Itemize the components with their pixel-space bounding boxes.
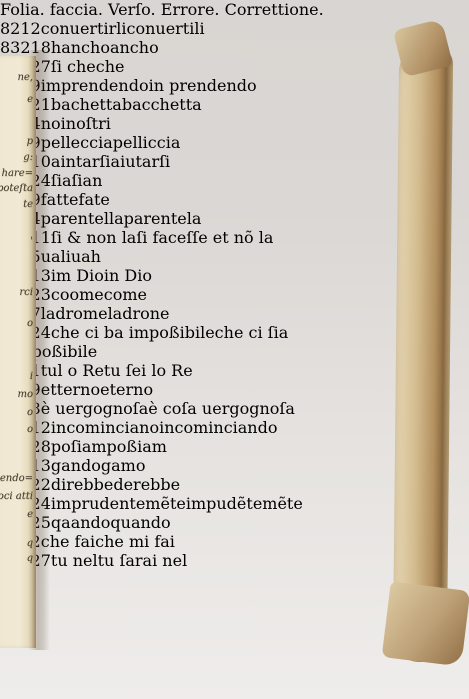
errata-header-row: Folia. faccia. Verſo. Errore. Correttion… bbox=[0, 0, 469, 19]
errata-cell-corr: in prendendo bbox=[149, 76, 257, 95]
errata-cell-errore: aintarſi bbox=[51, 152, 111, 171]
errata-cell-corr: tu ſei lo Re bbox=[104, 361, 193, 380]
vellum-tie bbox=[107, 606, 203, 660]
errata-cell-corr: ancho bbox=[110, 38, 159, 57]
errata-cell-errore: imprendendo bbox=[41, 76, 149, 95]
header-errore: Errore. bbox=[161, 0, 220, 19]
errata-cell-corr: pelliccia bbox=[113, 133, 181, 152]
errata-cell-errore: tu nel bbox=[51, 551, 98, 570]
errata-cell-errore: conuertirli bbox=[41, 19, 127, 38]
errata-cell-errore: poſiam bbox=[51, 437, 107, 456]
errata-cell-corr: ſian bbox=[71, 171, 102, 190]
errata-cell-corr: ladrone bbox=[108, 304, 170, 323]
errata-cell-errore: coome bbox=[51, 285, 104, 304]
header-folio: Folia. bbox=[0, 0, 45, 19]
errata-cell-corr: ſi faceſſe et nõ la bbox=[136, 228, 273, 247]
cover-corner-bottom-right bbox=[382, 581, 469, 666]
errata-cell-corr: che mi fai bbox=[95, 532, 175, 551]
errata-cell-errore: im Dio bbox=[51, 266, 104, 285]
errata-cell-errore: parentella bbox=[41, 209, 124, 228]
errata-cell-errore: qaando bbox=[51, 513, 111, 532]
errata-cell-corr: uah bbox=[71, 247, 101, 266]
errata-cell-errore: tul o Re bbox=[41, 361, 104, 380]
errata-cell-folio: 82 bbox=[0, 19, 20, 38]
errata-cell-corr: eterno bbox=[100, 380, 153, 399]
errata-cell-faccia: 1 bbox=[20, 19, 30, 38]
header-verso: Verſo. bbox=[108, 0, 156, 19]
errata-cell-errore: gando bbox=[51, 456, 101, 475]
errata-cell-folio: 83 bbox=[0, 38, 20, 57]
errata-cell-corr: tu ſarai nel bbox=[98, 551, 188, 570]
errata-cell-errore: incominciano bbox=[51, 418, 159, 437]
errata-cell-corr: aiutarſi bbox=[111, 152, 171, 171]
errata-cell-corr: è coſa uergognoſa bbox=[148, 399, 295, 418]
errata-cell-corr: come bbox=[104, 285, 147, 304]
header-correttione: Correttione. bbox=[225, 0, 324, 19]
errata-cell-corr: fate bbox=[79, 190, 110, 209]
errata-cell-corr: impudẽtemẽte bbox=[186, 494, 303, 513]
errata-cell-errore: bachetta bbox=[51, 95, 122, 114]
errata-cell-errore: ladrome bbox=[41, 304, 108, 323]
errata-cell-corr: che ci ſia bbox=[215, 323, 289, 342]
photo-of-open-book: ne,epg:hare=poteſtate'rcioimooonendo=oci… bbox=[0, 0, 469, 699]
errata-cell-corr: parentela bbox=[124, 209, 202, 228]
errata-cell-corr: conuertili bbox=[126, 19, 204, 38]
errata-cell-errore: hancho bbox=[51, 38, 110, 57]
errata-cell-errore: imprudentemẽte bbox=[51, 494, 186, 513]
errata-cell-corr: noſtri bbox=[66, 114, 111, 133]
book-gutter-shadow bbox=[28, 50, 50, 650]
errata-cell-errore: è uergognoſa bbox=[41, 399, 149, 418]
errata-cell-corr: che bbox=[96, 57, 125, 76]
vellum-cover-edge bbox=[393, 46, 453, 663]
header-faccia: faccia. bbox=[50, 0, 103, 19]
errata-cell-corr: poßiam bbox=[107, 437, 167, 456]
errata-cell-corr: in Dio bbox=[104, 266, 152, 285]
errata-cell-errore: direbbe bbox=[51, 475, 113, 494]
errata-cell-corr: incominciando bbox=[159, 418, 277, 437]
errata-cell-errore: ſi che bbox=[51, 57, 96, 76]
errata-cell-corr: quando bbox=[110, 513, 170, 532]
errata-cell-corr: bacchetta bbox=[122, 95, 202, 114]
errata-cell-errore: pelleccia bbox=[41, 133, 113, 152]
errata-cell-errore: ſia bbox=[51, 171, 72, 190]
errata-cell-corr: gamo bbox=[101, 456, 146, 475]
errata-cell-corr: derebbe bbox=[113, 475, 180, 494]
errata-cell-verso: 2 bbox=[31, 19, 41, 38]
errata-cell-errore: che ci ba impoßibile bbox=[51, 323, 215, 342]
errata-cell-errore: ſi & non la bbox=[51, 228, 136, 247]
